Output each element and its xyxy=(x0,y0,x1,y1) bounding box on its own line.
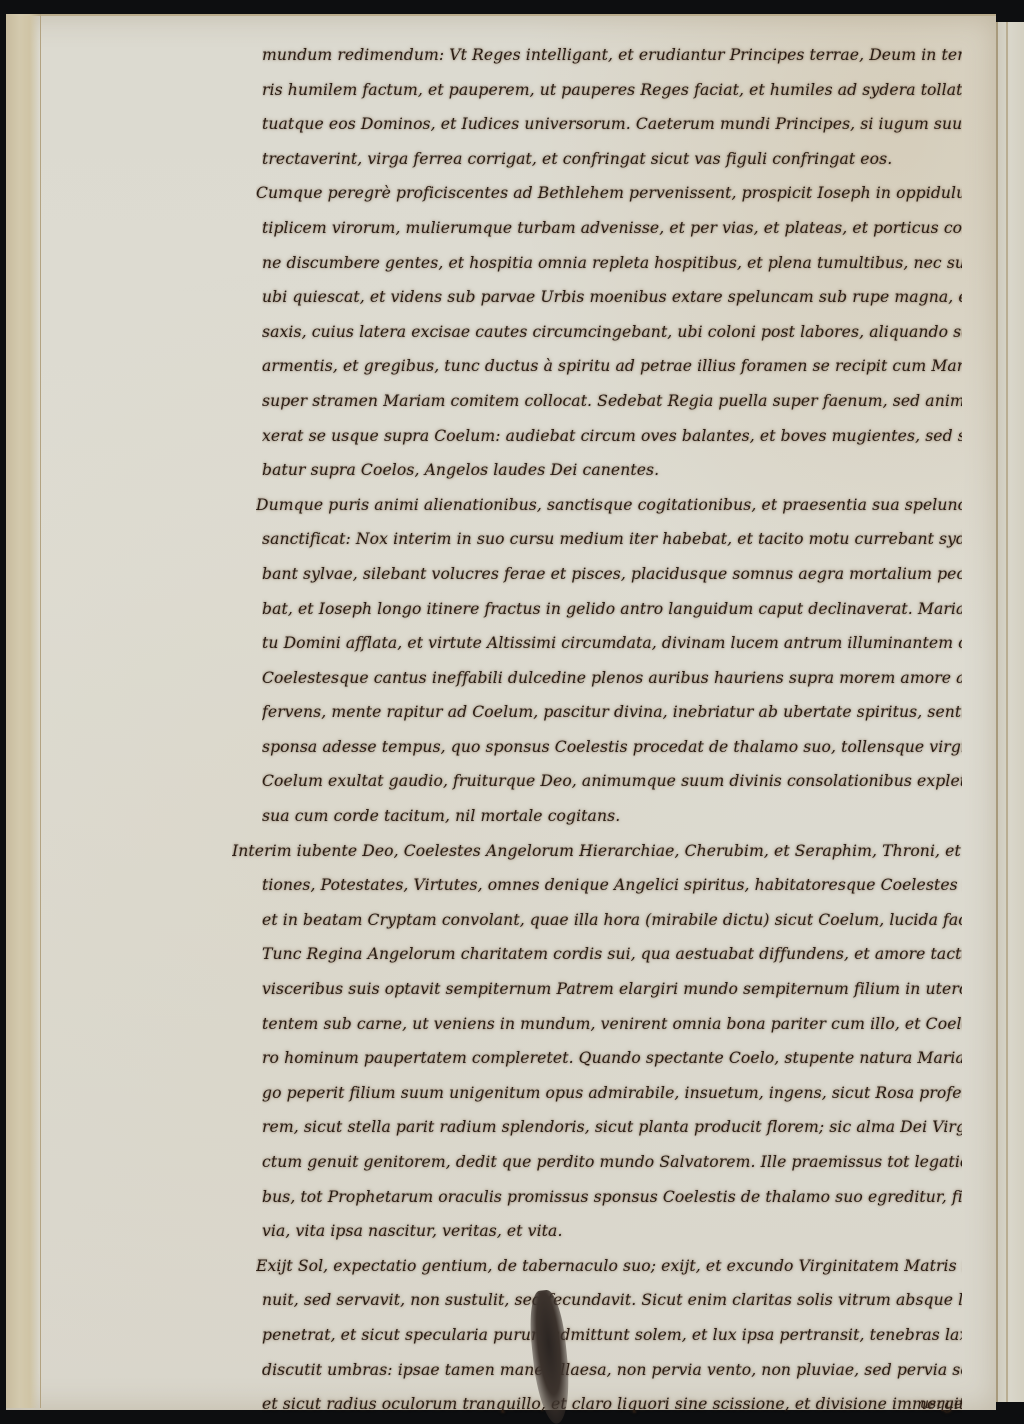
text-line: sponsa adesse tempus, quo sponsus Coeles… xyxy=(262,730,962,765)
text-line: trectaverint, virga ferrea corrigat, et … xyxy=(262,142,962,177)
text-line: armentis, et gregibus, tunc ductus à spi… xyxy=(262,349,962,384)
manuscript-scan: mundum redimendum: Vt Reges intelligant,… xyxy=(0,0,1024,1424)
text-line: Coelestesque cantus ineffabili dulcedine… xyxy=(262,661,962,696)
catchword: usque xyxy=(920,1396,962,1412)
text-line: ne discumbere gentes, et hospitia omnia … xyxy=(262,246,962,281)
manuscript-text-block: mundum redimendum: Vt Reges intelligant,… xyxy=(262,38,962,1422)
text-line: nuit, sed servavit, non sustulit, sed fe… xyxy=(262,1283,962,1318)
page-binding-edge xyxy=(6,14,41,1408)
text-line: Coelum exultat gaudio, fruiturque Deo, a… xyxy=(262,764,962,799)
text-line: tu Domini afflata, et virtute Altissimi … xyxy=(262,626,962,661)
text-line: via, vita ipsa nascitur, veritas, et vit… xyxy=(262,1214,962,1249)
text-line: bant sylvae, silebant volucres ferae et … xyxy=(262,557,962,592)
text-line: tiones, Potestates, Virtutes, omnes deni… xyxy=(262,868,962,903)
paragraph-start-line: Interim iubente Deo, Coelestes Angelorum… xyxy=(232,834,962,869)
text-line: et in beatam Cryptam convolant, quae ill… xyxy=(262,903,962,938)
text-line: et sicut radius oculorum tranquillo, et … xyxy=(262,1387,962,1422)
paragraph-start-line: Exijt Sol, expectatio gentium, de tabern… xyxy=(256,1249,962,1284)
text-line: ro hominum paupertatem compleretet. Quan… xyxy=(262,1041,962,1076)
text-line: ctum genuit genitorem, dedit que perdito… xyxy=(262,1145,962,1180)
text-line: bus, tot Prophetarum oraculis promissus … xyxy=(262,1180,962,1215)
text-line: go peperit filium suum unigenitum opus a… xyxy=(262,1076,962,1111)
text-line: batur supra Coelos, Angelos laudes Dei c… xyxy=(262,453,962,488)
text-line: ris humilem factum, et pauperem, ut paup… xyxy=(262,73,962,108)
text-line: mundum redimendum: Vt Reges intelligant,… xyxy=(262,38,962,73)
text-line: tuatque eos Dominos, et Iudices universo… xyxy=(262,107,962,142)
text-line: Tunc Regina Angelorum charitatem cordis … xyxy=(262,937,962,972)
paragraph-start-line: Dumque puris animi alienationibus, sanct… xyxy=(256,488,962,523)
text-line: sanctificat: Nox interim in suo cursu me… xyxy=(262,522,962,557)
text-line: discutit umbras: ipsae tamen manet illae… xyxy=(262,1353,962,1388)
text-line: sua cum corde tacitum, nil mortale cogit… xyxy=(262,799,962,834)
text-line: rem, sicut stella parit radium splendori… xyxy=(262,1110,962,1145)
text-line: tentem sub carne, ut veniens in mundum, … xyxy=(262,1007,962,1042)
text-line: bat, et Ioseph longo itinere fractus in … xyxy=(262,592,962,627)
paragraph-start-line: Cumque peregrè proficiscentes ad Bethleh… xyxy=(256,176,962,211)
text-line: xerat se usque supra Coelum: audiebat ci… xyxy=(262,419,962,454)
text-line: ubi quiescat, et videns sub parvae Urbis… xyxy=(262,280,962,315)
text-line: fervens, mente rapitur ad Coelum, pascit… xyxy=(262,695,962,730)
text-line: penetrat, et sicut specularia purum admi… xyxy=(262,1318,962,1353)
text-line: super stramen Mariam comitem collocat. S… xyxy=(262,384,962,419)
text-line: saxis, cuius latera excisae cautes circu… xyxy=(262,315,962,350)
facing-page-edge xyxy=(996,22,1024,1402)
text-line: tiplicem virorum, mulierumque turbam adv… xyxy=(262,211,962,246)
text-line: visceribus suis optavit sempiternum Patr… xyxy=(262,972,962,1007)
